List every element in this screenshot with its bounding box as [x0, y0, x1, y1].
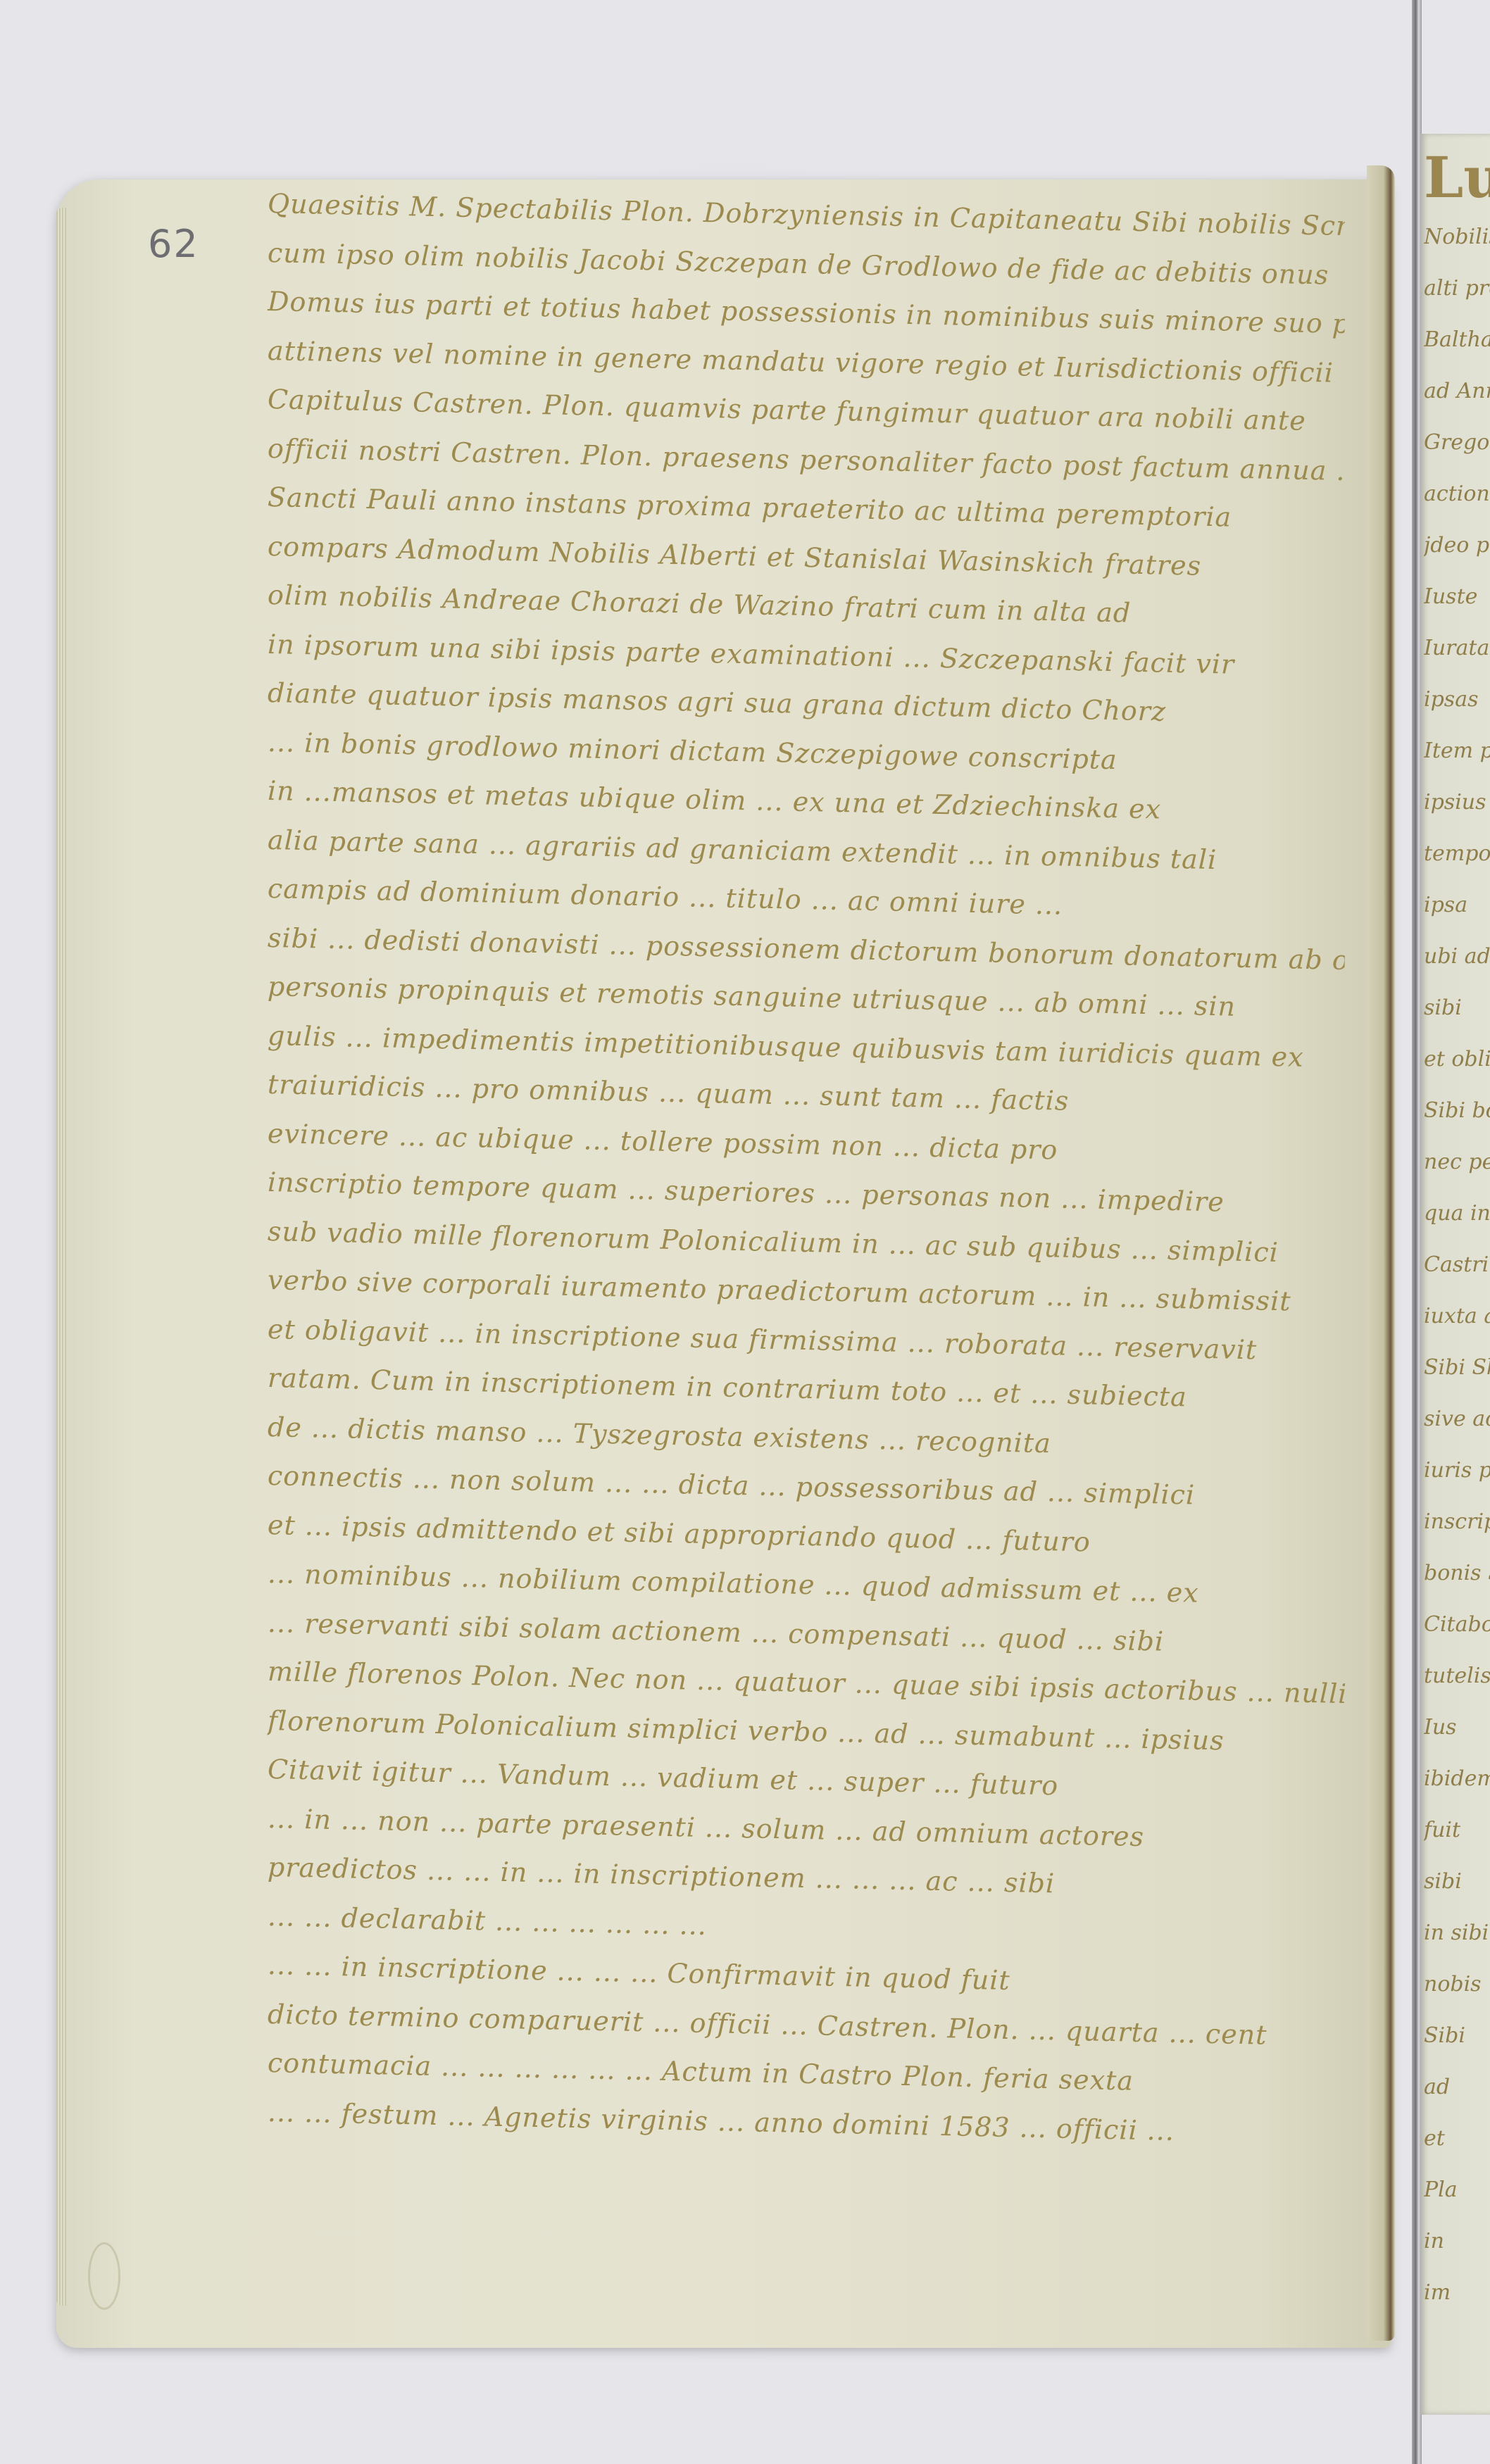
- text-fragment: in: [1424, 2215, 1490, 2267]
- right-page-heading: Luc: [1424, 144, 1490, 210]
- text-fragment: ibidem: [1424, 1753, 1490, 1804]
- text-fragment: ad Annae: [1424, 365, 1490, 417]
- right-page-margin-text: Nobilis alti pred Balthasar ad Annae Gre…: [1424, 211, 1490, 2318]
- text-fragment: sibi: [1424, 1856, 1490, 1907]
- text-fragment: nec pe: [1424, 1136, 1490, 1188]
- text-fragment: Sibi bona: [1424, 1085, 1490, 1136]
- text-fragment: ipsa: [1424, 879, 1490, 931]
- text-fragment: sive ac nob: [1424, 1393, 1490, 1445]
- text-fragment: iuxta ac: [1424, 1290, 1490, 1342]
- text-fragment: ad: [1424, 2061, 1490, 2113]
- text-fragment: ipsius: [1424, 777, 1490, 828]
- text-fragment: sibi: [1424, 982, 1490, 1033]
- text-fragment: in sibi: [1424, 1907, 1490, 1959]
- text-fragment: iuris pl: [1424, 1445, 1490, 1496]
- text-fragment: Sibi Skroso: [1424, 1342, 1490, 1393]
- text-fragment: ipsas: [1424, 674, 1490, 725]
- text-fragment: fuit: [1424, 1804, 1490, 1856]
- text-fragment: Citabo: [1424, 1599, 1490, 1650]
- text-fragment: Pla: [1424, 2164, 1490, 2215]
- text-fragment: Gregorii: [1424, 417, 1490, 468]
- text-fragment: alti pred: [1424, 263, 1490, 314]
- text-fragment: Item pa: [1424, 725, 1490, 777]
- folio-number: 62: [148, 222, 199, 266]
- text-fragment: et obligat: [1424, 1033, 1490, 1085]
- text-fragment: qua in ex: [1424, 1188, 1490, 1239]
- text-fragment: jdeo pro: [1424, 520, 1490, 571]
- text-fragment: inscriptione: [1424, 1496, 1490, 1547]
- text-fragment: Sibi: [1424, 2010, 1490, 2061]
- text-fragment: Ius: [1424, 1702, 1490, 1753]
- text-fragment: Castri Plo: [1424, 1239, 1490, 1290]
- text-fragment: nobis: [1424, 1959, 1490, 2010]
- text-fragment: Iurata: [1424, 622, 1490, 674]
- text-fragment: bonis Sz: [1424, 1547, 1490, 1599]
- text-fragment: actionibus: [1424, 468, 1490, 520]
- text-fragment: tempore: [1424, 828, 1490, 879]
- glass-plate-edge: [1412, 0, 1422, 2464]
- text-fragment: ubi ad: [1424, 931, 1490, 982]
- manuscript-text-block: Quaesitis M. Spectabilis Plon. Dobrzynie…: [268, 180, 1345, 2137]
- text-fragment: et: [1424, 2113, 1490, 2164]
- text-fragment: tutelis: [1424, 1650, 1490, 1702]
- binding-stamp-mark: [88, 2242, 120, 2310]
- text-fragment: Nobilis: [1424, 211, 1490, 263]
- text-fragment: Iuste: [1424, 571, 1490, 622]
- text-fragment: Balthasar: [1424, 314, 1490, 365]
- text-fragment: im: [1424, 2267, 1490, 2318]
